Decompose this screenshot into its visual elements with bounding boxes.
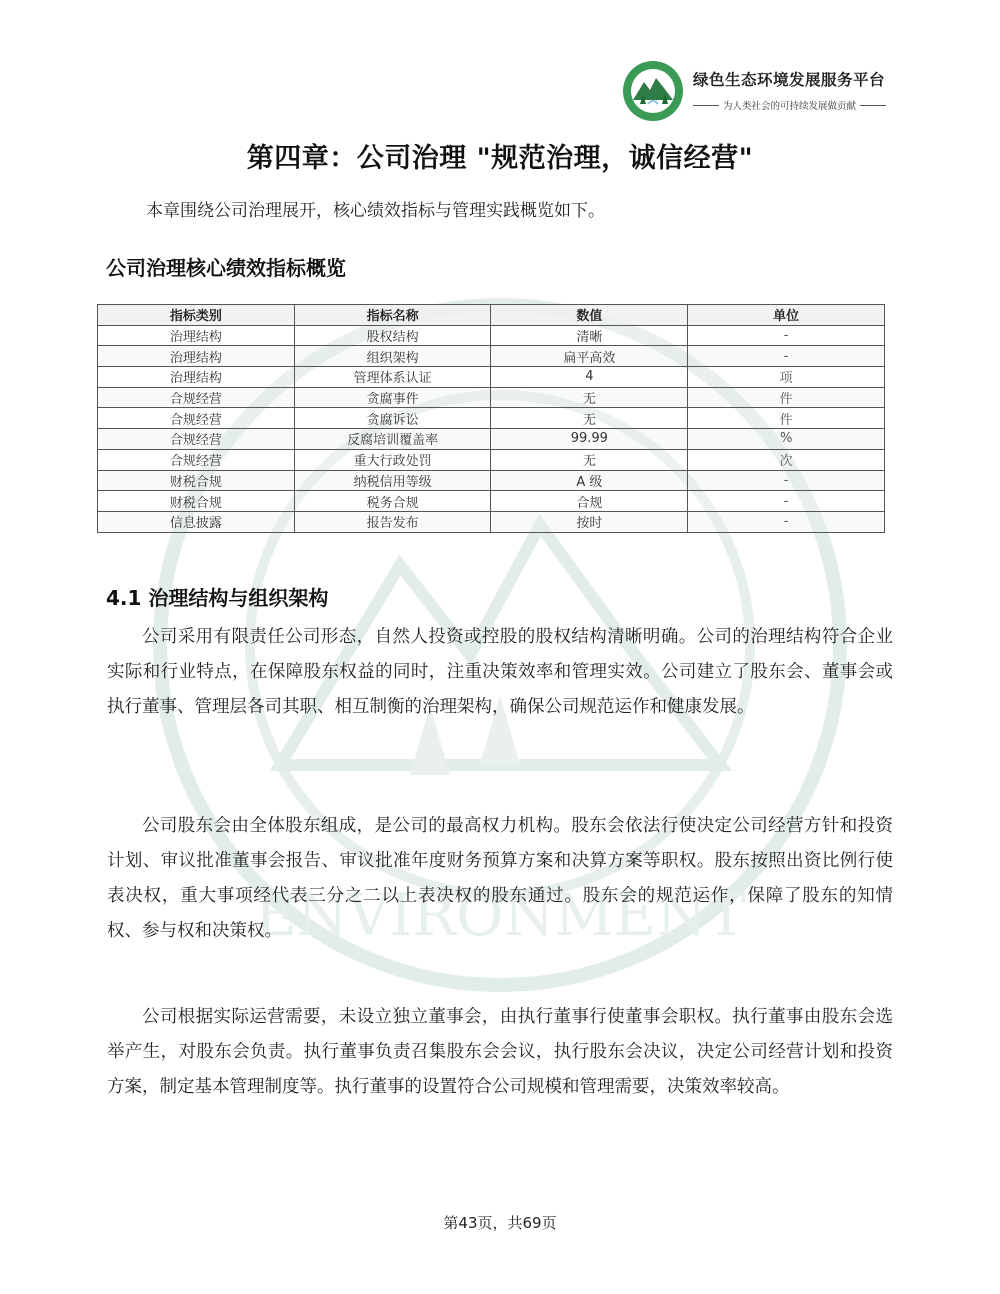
brand-title: 绿色生态环境发展服务平台	[693, 68, 903, 90]
cell-unit: -	[688, 325, 885, 346]
table-row: 财税合规 纳税信用等级 A 级 -	[98, 470, 885, 491]
cell-value: 按时	[491, 511, 688, 532]
cell-name: 报告发布	[294, 511, 491, 532]
cell-category: 合规经营	[98, 408, 295, 429]
table-row: 治理结构 股权结构 清晰 -	[98, 325, 885, 346]
table-row: 合规经营 贪腐诉讼 无 件	[98, 408, 885, 429]
cell-category: 治理结构	[98, 367, 295, 388]
cell-category: 合规经营	[98, 449, 295, 470]
table-row: 治理结构 管理体系认证 4 项	[98, 367, 885, 388]
chapter-intro: 本章围绕公司治理展开，核心绩效指标与管理实践概览如下。	[146, 196, 605, 221]
cell-unit: 件	[688, 387, 885, 408]
cell-value: A 级	[491, 470, 688, 491]
col-header-category: 指标类别	[98, 305, 295, 326]
page-number: 第43页，共69页	[0, 1212, 1000, 1233]
brand-logo-icon	[622, 60, 684, 122]
cell-value: 扁平高效	[491, 346, 688, 367]
cell-unit: -	[688, 470, 885, 491]
cell-value: 99.99	[491, 429, 688, 450]
kpi-table-header-row: 指标类别 指标名称 数值 单位	[98, 305, 885, 326]
kpi-table: 指标类别 指标名称 数值 单位 治理结构 股权结构 清晰 - 治理结构 组织架构…	[97, 304, 885, 533]
cell-value: 无	[491, 408, 688, 429]
col-header-value: 数值	[491, 305, 688, 326]
paragraph-shareholders-meeting: 公司股东会由全体股东组成，是公司的最高权力机构。股东会依法行使决定公司经营方针和…	[107, 809, 893, 949]
table-row: 合规经营 贪腐事件 无 件	[98, 387, 885, 408]
cell-unit: %	[688, 429, 885, 450]
cell-unit: 次	[688, 449, 885, 470]
cell-unit: 项	[688, 367, 885, 388]
table-row: 合规经营 重大行政处罚 无 次	[98, 449, 885, 470]
cell-name: 管理体系认证	[294, 367, 491, 388]
section-4-1-title: 4.1 治理结构与组织架构	[106, 582, 328, 611]
cell-category: 财税合规	[98, 491, 295, 512]
cell-unit: -	[688, 511, 885, 532]
col-header-name: 指标名称	[294, 305, 491, 326]
cell-category: 合规经营	[98, 387, 295, 408]
brand-slogan-text: 为人类社会的可持续发展做贡献	[723, 98, 856, 112]
table-row: 信息披露 报告发布 按时 -	[98, 511, 885, 532]
cell-name: 纳税信用等级	[294, 470, 491, 491]
brand-slogan: 为人类社会的可持续发展做贡献	[693, 98, 903, 112]
cell-value: 无	[491, 449, 688, 470]
table-row: 治理结构 组织架构 扁平高效 -	[98, 346, 885, 367]
cell-unit: -	[688, 346, 885, 367]
cell-name: 重大行政处罚	[294, 449, 491, 470]
cell-name: 贪腐诉讼	[294, 408, 491, 429]
cell-name: 税务合规	[294, 491, 491, 512]
cell-name: 反腐培训覆盖率	[294, 429, 491, 450]
cell-value: 无	[491, 387, 688, 408]
kpi-section-title: 公司治理核心绩效指标概览	[106, 252, 346, 281]
slogan-divider-left	[693, 105, 719, 106]
cell-value: 合规	[491, 491, 688, 512]
cell-category: 治理结构	[98, 325, 295, 346]
paragraph-executive-director: 公司根据实际运营需要，未设立独立董事会，由执行董事行使董事会职权。执行董事由股东…	[107, 1000, 893, 1105]
paragraph-governance-structure: 公司采用有限责任公司形态，自然人投资或控股的股权结构清晰明确。公司的治理结构符合…	[107, 620, 893, 725]
table-row: 财税合规 税务合规 合规 -	[98, 491, 885, 512]
cell-category: 财税合规	[98, 470, 295, 491]
brand-block: 绿色生态环境发展服务平台 为人类社会的可持续发展做贡献	[693, 68, 903, 112]
cell-category: 合规经营	[98, 429, 295, 450]
cell-unit: -	[688, 491, 885, 512]
cell-value: 清晰	[491, 325, 688, 346]
cell-category: 信息披露	[98, 511, 295, 532]
chapter-title: 第四章：公司治理 "规范治理，诚信经营"	[0, 136, 1000, 175]
cell-name: 贪腐事件	[294, 387, 491, 408]
cell-name: 组织架构	[294, 346, 491, 367]
col-header-unit: 单位	[688, 305, 885, 326]
cell-name: 股权结构	[294, 325, 491, 346]
cell-value: 4	[491, 367, 688, 388]
table-row: 合规经营 反腐培训覆盖率 99.99 %	[98, 429, 885, 450]
cell-unit: 件	[688, 408, 885, 429]
slogan-divider-right	[860, 105, 886, 106]
cell-category: 治理结构	[98, 346, 295, 367]
